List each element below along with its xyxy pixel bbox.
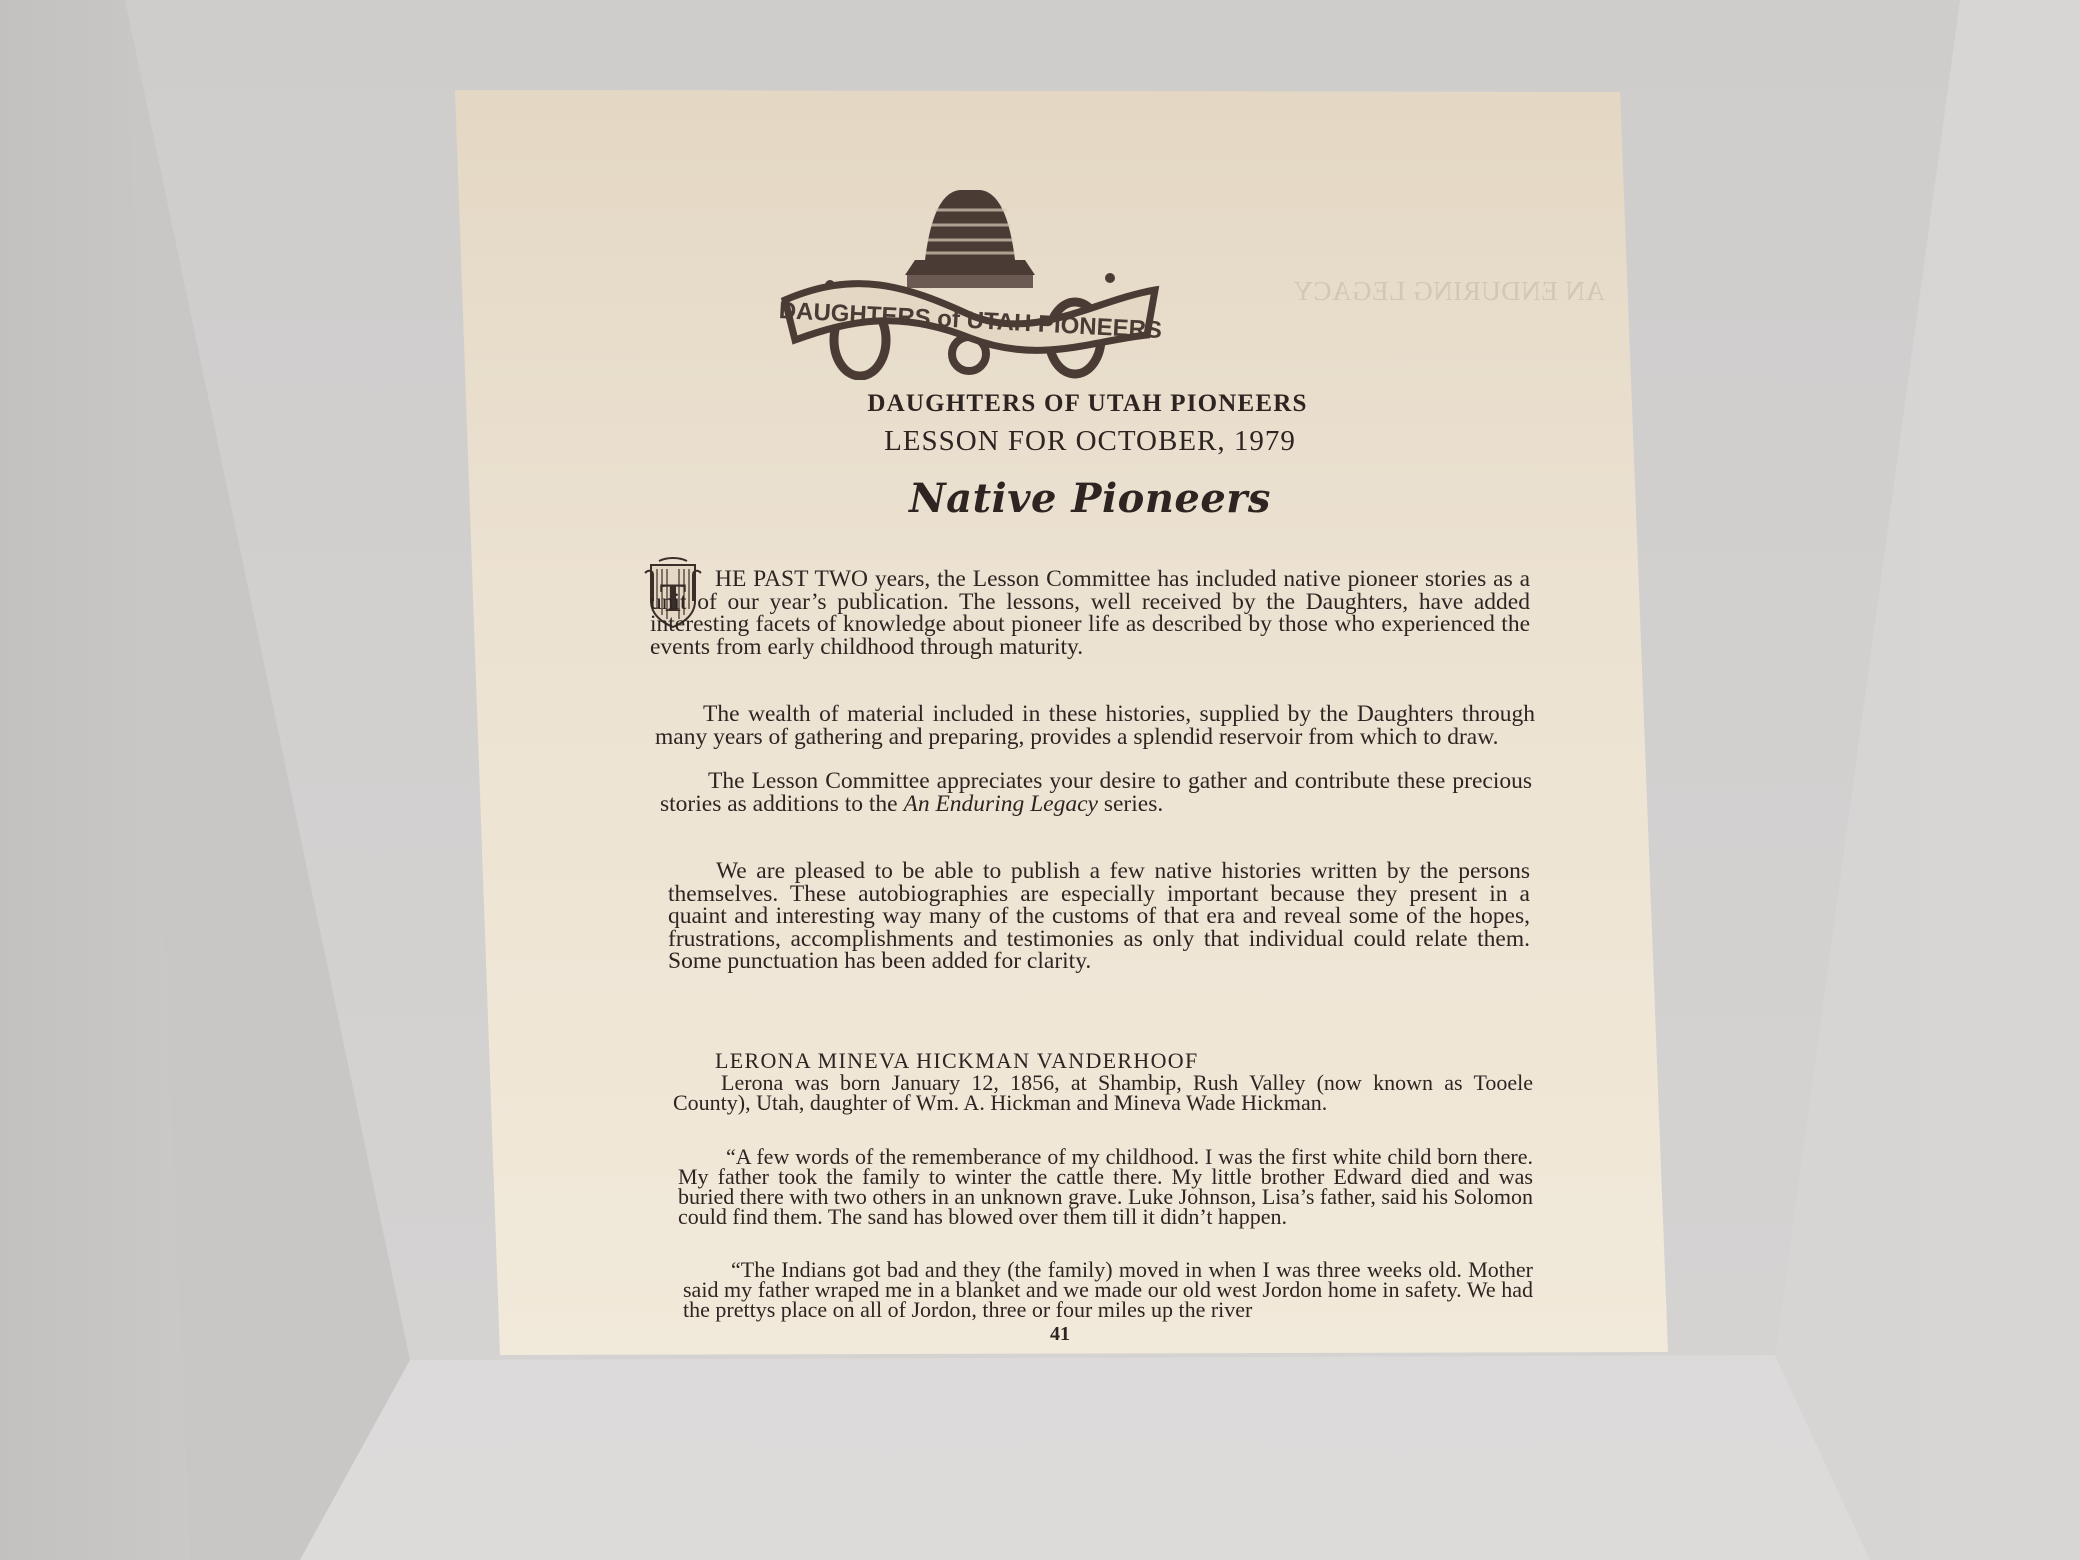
paragraph-2-text: The wealth of material included in these… <box>655 701 1535 750</box>
page-number: 41 <box>1000 1323 1120 1346</box>
bleed-through-header: AN ENDURING LEGACY <box>1293 276 1605 306</box>
biography-intro: Lerona was born January 12, 1856, at Sha… <box>673 1073 1533 1113</box>
intro-paragraph: HE PAST TWO years, the Lesson Committee … <box>650 568 1530 658</box>
organization-title: DAUGHTERS OF UTAH PIONEERS <box>455 390 1670 418</box>
biography-quote-1: “A few words of the rememberance of my c… <box>678 1147 1533 1227</box>
paragraph-3: The Lesson Committee appreciates your de… <box>660 770 1532 815</box>
beehive-emblem-icon: DAUGHTERS of UTAH PIONEERS <box>775 180 1165 380</box>
paragraph-4: We are pleased to be able to publish a f… <box>668 860 1530 973</box>
biography-intro-text: Lerona was born January 12, 1856, at Sha… <box>673 1070 1533 1115</box>
paragraph-2: The wealth of material included in these… <box>655 703 1535 748</box>
series-title: An Enduring Legacy <box>903 791 1098 817</box>
biography-quote-1-text: “A few words of the rememberance of my c… <box>678 1144 1533 1229</box>
booklet-page: AN ENDURING LEGACY DAUGHTERS of UTAH PIO… <box>455 90 1670 1355</box>
lesson-title: LESSON FOR OCTOBER, 1979 <box>455 425 1670 458</box>
paragraph-4-text: We are pleased to be able to publish a f… <box>668 858 1530 974</box>
biography-quote-2: “The Indians got bad and they (the famil… <box>683 1260 1533 1320</box>
section-title: Native Pioneers <box>455 475 1670 522</box>
paragraph-3-text-after: series. <box>1098 791 1163 817</box>
biography-quote-2-text: “The Indians got bad and they (the famil… <box>683 1257 1533 1322</box>
box-wall-left <box>0 0 200 1560</box>
